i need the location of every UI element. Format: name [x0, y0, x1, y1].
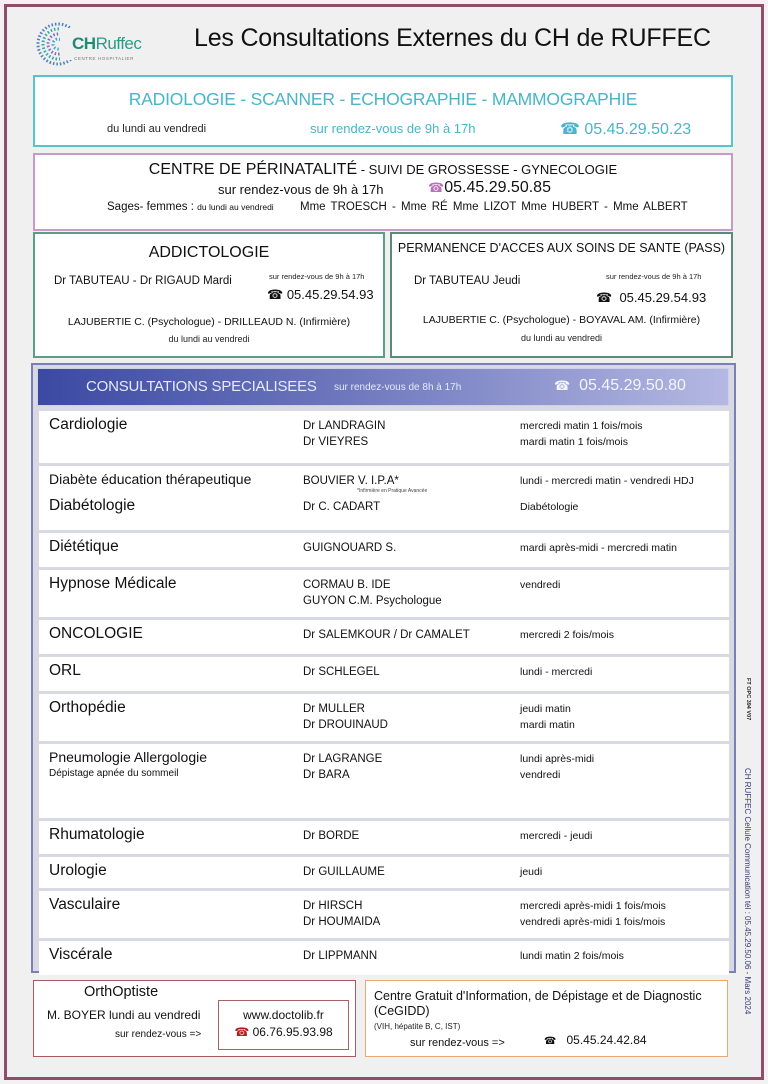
doctor-name: Dr LIPPMANN — [303, 948, 377, 964]
doctor-name: Dr SCHLEGEL — [303, 664, 380, 680]
schedule: mercredi après-midi 1 fois/moisvendredi … — [520, 898, 666, 930]
table-row: UrologieDr GUILLAUMEjeudi — [39, 857, 729, 888]
specialty-subtitle: Dépistage apnée du sommeil — [49, 768, 179, 779]
specialty-name: Diététique — [49, 538, 119, 556]
cegidd-phone[interactable]: ☎ 05.45.24.42.84 — [544, 1033, 647, 1047]
addictology-appointment: sur rendez-vous de 9h à 17h — [269, 272, 364, 281]
schedule: lundi - mercredi — [520, 664, 592, 680]
specialty-name: Rhumatologie — [49, 826, 145, 844]
table-row: ONCOLOGIEDr SALEMKOUR / Dr CAMALETmercre… — [39, 620, 729, 654]
table-row: ORLDr SCHLEGELlundi - mercredi — [39, 657, 729, 691]
doctor-name: Dr HOUMAIDA — [303, 914, 380, 930]
doctor-list: Dr HIRSCHDr HOUMAIDA — [303, 898, 380, 930]
doctor-list: Dr LANDRAGINDr VIEYRES — [303, 418, 385, 450]
schedule-line: mardi matin 1 fois/mois — [520, 434, 643, 450]
midwives-names: Mme TROESCH - Mme RÉ Mme LIZOT Mme HUBER… — [300, 201, 688, 213]
radiology-section: RADIOLOGIE - SCANNER - ECHOGRAPHIE - MAM… — [33, 75, 733, 147]
footnote: *Infirmière en Pratique Avancée — [357, 488, 427, 494]
doctor-name: BOUVIER V. I.P.A* — [303, 473, 399, 489]
cegidd-title: Centre Gratuit d'Information, de Dépista… — [374, 989, 724, 1019]
perinatal-title: CENTRE DE PÉRINATALITÉ - SUIVI DE GROSSE… — [35, 161, 731, 179]
table-row: Hypnose MédicaleCORMAU B. IDEGUYON C.M. … — [39, 570, 729, 617]
doctor-name: GUIGNOUARD S. — [303, 540, 396, 556]
page-title: Les Consultations Externes du CH de RUFF… — [194, 24, 711, 53]
specialty-name: Urologie — [49, 862, 107, 880]
table-row: CardiologieDr LANDRAGINDr VIEYRESmercred… — [39, 411, 729, 463]
doctor-list: Dr SALEMKOUR / Dr CAMALET — [303, 627, 470, 643]
phone-icon: ☎ — [428, 180, 444, 195]
doctor-list: GUIGNOUARD S. — [303, 540, 396, 556]
doctor-name: Dr DROUINAUD — [303, 717, 388, 733]
pass-days: du lundi au vendredi — [392, 333, 731, 343]
radiology-hours: du lundi au vendredi — [107, 123, 206, 135]
doctolib-link[interactable]: www.doctolib.fr — [219, 1008, 348, 1022]
doctor-list: Dr GUILLAUME — [303, 864, 385, 880]
pass-staff: LAJUBERTIE C. (Psychologue) - BOYAVAL AM… — [392, 314, 731, 326]
doctor-list: Dr BORDE — [303, 828, 359, 844]
specialized-header: CONSULTATIONS SPECIALISEES sur rendez-vo… — [37, 368, 729, 406]
schedule-line: mercredi - jeudi — [520, 828, 592, 844]
doctor-list: Dr SCHLEGEL — [303, 664, 380, 680]
doctor-list: Dr MULLERDr DROUINAUD — [303, 701, 388, 733]
doctor-name: Dr C. CADART — [303, 499, 399, 515]
doctor-name: Dr HIRSCH — [303, 898, 380, 914]
schedule-line: Diabétologie — [520, 499, 694, 515]
specialty-name: Diabète éducation thérapeutique — [49, 471, 251, 487]
perinatal-phone[interactable]: ☎05.45.29.50.85 — [428, 179, 551, 197]
schedule-line: vendredi — [520, 767, 594, 783]
schedule-line: vendredi — [520, 577, 560, 593]
table-row: ViscéraleDr LIPPMANNlundi matin 2 fois/m… — [39, 941, 729, 975]
cegidd-section: Centre Gratuit d'Information, de Dépista… — [365, 980, 728, 1057]
pass-phone[interactable]: ☎ 05.45.29.54.93 — [596, 290, 706, 306]
specialty-name: Hypnose Médicale — [49, 575, 177, 593]
specialty-name: Vasculaire — [49, 896, 120, 914]
schedule-line: lundi matin 2 fois/mois — [520, 948, 624, 964]
schedule: jeudi matinmardi matin — [520, 701, 575, 733]
midwives-label: Sages- femmes : du lundi au vendredi — [107, 201, 274, 213]
specialized-phone[interactable]: ☎ 05.45.29.50.80 — [554, 377, 686, 395]
specialized-appointment: sur rendez-vous de 8h à 17h — [334, 382, 461, 393]
schedule: lundi - mercredi matin - vendredi HDJDia… — [520, 473, 694, 515]
addictology-phone[interactable]: ☎ 05.45.29.54.93 — [267, 287, 374, 303]
table-row: VasculaireDr HIRSCHDr HOUMAIDAmercredi a… — [39, 891, 729, 938]
doctor-name: Dr SALEMKOUR / Dr CAMALET — [303, 627, 470, 643]
addictology-section: ADDICTOLOGIE Dr TABUTEAU - Dr RIGAUD Mar… — [33, 232, 385, 358]
phone-icon: ☎ — [596, 290, 612, 305]
perinatal-appointment: sur rendez-vous de 9h à 17h — [218, 182, 384, 197]
table-row: Pneumologie AllergologieDépistage apnée … — [39, 744, 729, 818]
doctor-list: Dr LIPPMANN — [303, 948, 377, 964]
radiology-title: RADIOLOGIE - SCANNER - ECHOGRAPHIE - MAM… — [35, 89, 731, 110]
doctor-name: Dr VIEYRES — [303, 434, 385, 450]
specialty-name: ORL — [49, 662, 81, 680]
specialized-consultations-section: CONSULTATIONS SPECIALISEES sur rendez-vo… — [31, 363, 736, 973]
schedule-line: lundi - mercredi matin - vendredi HDJ — [520, 473, 694, 489]
phone-icon: ☎ — [267, 287, 283, 302]
specialty-name: Orthopédie — [49, 699, 126, 717]
schedule-line: mercredi matin 1 fois/mois — [520, 418, 643, 434]
schedule-line: jeudi — [520, 864, 542, 880]
communication-credit: CH RUFFEC Cellule Communication tél : 05… — [743, 768, 752, 1014]
schedule-line: mardi matin — [520, 717, 575, 733]
cegidd-subtitle: (VIH, hépatite B, C, IST) — [374, 1022, 460, 1031]
pass-appointment: sur rendez-vous de 9h à 17h — [606, 272, 701, 281]
table-row: RhumatologieDr BORDEmercredi - jeudi — [39, 821, 729, 854]
table-row: OrthopédieDr MULLERDr DROUINAUDjeudi mat… — [39, 694, 729, 741]
cegidd-appointment: sur rendez-vous => — [410, 1037, 505, 1049]
schedule: mercredi matin 1 fois/moismardi matin 1 … — [520, 418, 643, 450]
schedule: jeudi — [520, 864, 542, 880]
doctor-name: Dr GUILLAUME — [303, 864, 385, 880]
radiology-phone[interactable]: ☎ 05.45.29.50.23 — [560, 119, 691, 139]
phone-icon: ☎ — [234, 1025, 249, 1039]
schedule: mardi après-midi - mercredi matin — [520, 540, 677, 556]
schedule: mercredi - jeudi — [520, 828, 592, 844]
radiology-appointment: sur rendez-vous de 9h à 17h — [310, 121, 476, 136]
orthoptist-title: OrthOptiste — [84, 984, 158, 1000]
orthoptist-doctor: M. BOYER lundi au vendredi — [47, 1008, 200, 1022]
table-row: Diabète éducation thérapeutiqueDiabétolo… — [39, 466, 729, 530]
addictology-staff: LAJUBERTIE C. (Psychologue) - DRILLEAUD … — [35, 316, 383, 328]
orthoptist-section: OrthOptiste M. BOYER lundi au vendredi s… — [33, 980, 356, 1057]
addictology-days: du lundi au vendredi — [35, 334, 383, 344]
doctor-name: CORMAU B. IDE — [303, 577, 442, 593]
doctor-name: Dr LAGRANGE — [303, 751, 382, 767]
schedule: lundi après-midivendredi — [520, 751, 594, 783]
addictology-title: ADDICTOLOGIE — [35, 244, 383, 262]
doctor-list: CORMAU B. IDEGUYON C.M. Psychologue — [303, 577, 442, 609]
document-reference: FT OPC 394 V07 — [745, 678, 751, 720]
logo-subtitle: CENTRE HOSPITALIER — [74, 56, 134, 61]
pass-doctors: Dr TABUTEAU Jeudi — [414, 275, 520, 287]
schedule: vendredi — [520, 577, 560, 593]
specialty-name: ONCOLOGIE — [49, 625, 143, 643]
orthoptist-appointment: sur rendez-vous => — [115, 1029, 201, 1040]
addictology-doctors: Dr TABUTEAU - Dr RIGAUD Mardi — [54, 275, 232, 287]
phone-icon: ☎ — [554, 378, 570, 393]
doctor-name: Dr MULLER — [303, 701, 388, 717]
doctor-list: Dr LAGRANGEDr BARA — [303, 751, 382, 783]
perinatal-section: CENTRE DE PÉRINATALITÉ - SUIVI DE GROSSE… — [33, 153, 733, 231]
schedule-line: mercredi 2 fois/mois — [520, 627, 614, 643]
schedule-line: jeudi matin — [520, 701, 575, 717]
orthoptist-contact-box: www.doctolib.fr ☎ 06.76.95.93.98 — [218, 1000, 349, 1050]
specialty-name: Diabétologie — [49, 497, 135, 515]
schedule: mercredi 2 fois/mois — [520, 627, 614, 643]
doctor-name: Dr LANDRAGIN — [303, 418, 385, 434]
schedule-line: mardi après-midi - mercredi matin — [520, 540, 677, 556]
specialty-name: Cardiologie — [49, 416, 127, 434]
doctor-list: BOUVIER V. I.P.A*Dr C. CADART — [303, 473, 399, 515]
specialty-name: Pneumologie Allergologie — [49, 749, 207, 765]
specialty-name: Viscérale — [49, 946, 112, 964]
specialized-table: CardiologieDr LANDRAGINDr VIEYRESmercred… — [39, 411, 729, 978]
ch-ruffec-logo: CHRuffec CENTRE HOSPITALIER — [34, 20, 144, 68]
schedule-line: lundi - mercredi — [520, 664, 592, 680]
schedule-line: lundi après-midi — [520, 751, 594, 767]
schedule-line: vendredi après-midi 1 fois/mois — [520, 914, 666, 930]
phone-icon: ☎ — [544, 1036, 556, 1047]
orthoptist-phone[interactable]: ☎ 06.76.95.93.98 — [219, 1025, 348, 1039]
logo-text: CHRuffec — [72, 34, 141, 54]
schedule: lundi matin 2 fois/mois — [520, 948, 624, 964]
pass-title: PERMANENCE D'ACCES AUX SOINS DE SANTE (P… — [392, 241, 731, 255]
doctor-name: Dr BORDE — [303, 828, 359, 844]
doctor-name: Dr BARA — [303, 767, 382, 783]
phone-icon: ☎ — [560, 121, 580, 138]
table-row: DiététiqueGUIGNOUARD S.mardi après-midi … — [39, 533, 729, 567]
doctor-name: GUYON C.M. Psychologue — [303, 593, 442, 609]
pass-section: PERMANENCE D'ACCES AUX SOINS DE SANTE (P… — [390, 232, 733, 358]
schedule-line: mercredi après-midi 1 fois/mois — [520, 898, 666, 914]
specialized-title: CONSULTATIONS SPECIALISEES — [86, 378, 317, 395]
